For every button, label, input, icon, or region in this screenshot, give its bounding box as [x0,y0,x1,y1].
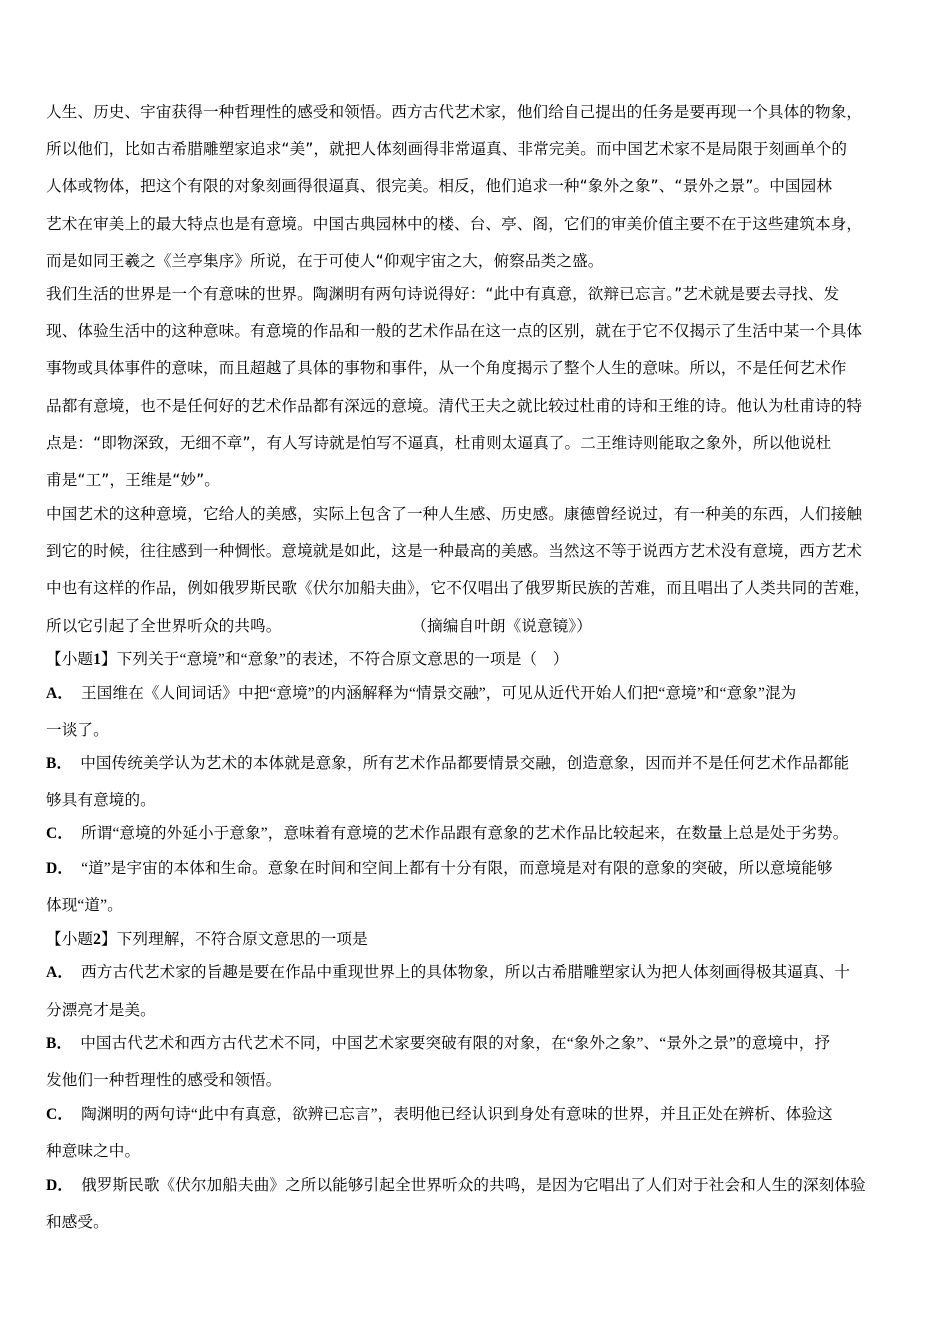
passage-line: 现、体验生活中的这种意味。有意境的作品和一般的艺术作品在这一点的区别，就在于它不… [46,319,862,343]
question-prefix: 【小题 [46,651,93,668]
option-label: B． [46,1035,72,1052]
option-b-continuation: 够具有意境的。 [46,789,156,813]
option-a[interactable]: A．西方古代艺术家的旨趣是要在作品中重现世界上的具体物象，所以古希腊雕塑家认为把… [46,961,850,985]
option-label: D． [46,1177,73,1194]
option-d[interactable]: D．“道”是宇宙的本体和生命。意象在时间和空间上都有十分有限，而意境是对有限的意… [46,857,833,881]
question-stem: 【小题2】下列理解，不符合原文意思的一项是 [46,928,368,952]
option-label: A． [46,964,73,981]
option-a[interactable]: A．王国维在《人间词话》中把“意境”的内涵解释为“情景交融”，可见从近代开始人们… [46,682,796,706]
option-b[interactable]: B．中国传统美学认为艺术的本体就是意象，所有艺术作品都要情景交融，创造意象，因而… [46,752,849,776]
option-label: D． [46,860,73,877]
option-a-continuation: 分漂亮才是美。 [46,999,156,1023]
option-text: 王国维在《人间词话》中把“意境”的内涵解释为“情景交融”，可见从近代开始人们把“… [81,685,796,702]
passage-line: 点是：“即物深致，无细不章”，有人写诗就是怕写不逼真，杜甫则太逼真了。二王维诗则… [46,431,831,455]
option-d-continuation: 体现“道”。 [46,894,123,918]
option-text: “道”是宇宙的本体和生命。意象在时间和空间上都有十分有限，而意境是对有限的意象的… [81,860,833,877]
option-c[interactable]: C．所谓“意境的外延小于意象”，意味着有意境的艺术作品跟有意象的艺术作品比较起来… [46,822,848,846]
passage-line: 中也有这样的作品，例如俄罗斯民歌《伏尔加船夫曲》，它不仅唱出了俄罗斯民族的苦难，… [46,576,870,600]
question-text: 】下列关于“意境”和“意象”的表述，不符合原文意思的一项是（ ） [101,651,569,668]
passage-line: 我们生活的世界是一个有意味的世界。陶渊明有两句诗说得好：“此中有真意，欲辩已忘言… [46,282,839,306]
option-a-continuation: 一谈了。 [46,719,109,743]
option-d-continuation: 和感受。 [46,1211,109,1235]
passage-line-text: 所以它引起了全世界听众的共鸣。 [46,617,281,635]
option-d[interactable]: D．俄罗斯民歌《伏尔加船夫曲》之所以能够引起全世界听众的共鸣，是因为它唱出了人们… [46,1174,866,1198]
passage-line: 艺术在审美上的最大特点也是有意境。中国古典园林中的楼、台、亭、阁，它们的审美价值… [46,212,862,236]
option-c[interactable]: C．陶渊明的两句诗“此中有真意，欲辨已忘言”，表明他已经认识到身处有意味的世界，… [46,1103,833,1127]
passage-line: 所以它引起了全世界听众的共鸣。（摘编自叶朗《说意镜》） [46,614,592,638]
passage-source: （摘编自叶朗《说意镜》） [411,614,592,638]
passage-line: 事物或具体事件的意味，而且超越了具体的事物和事件，从一个角度揭示了整个人生的意味… [46,356,846,380]
question-text: 】下列理解，不符合原文意思的一项是 [101,931,368,948]
option-c-continuation: 种意味之中。 [46,1140,140,1164]
passage-line: 到它的时候，往往感到一种惆怅。意境就是如此，这是一种最高的美感。当然这不等于说西… [46,539,862,563]
option-text: 中国传统美学认为艺术的本体就是意象，所有艺术作品都要情景交融，创造意象，因而并不… [80,755,849,772]
option-text: 所谓“意境的外延小于意象”，意味着有意境的艺术作品跟有意象的艺术作品比较起来，在… [81,825,848,842]
passage-line: 品都有意境，也不是任何好的艺术作品都有深远的意境。清代王夫之就比较过杜甫的诗和王… [46,394,862,418]
option-b-continuation: 发他们一种哲理性的感受和领悟。 [46,1069,281,1093]
question-prefix: 【小题 [46,931,93,948]
option-text: 西方古代艺术家的旨趣是要在作品中重现世界上的具体物象，所以古希腊雕塑家认为把人体… [81,964,850,981]
option-text: 俄罗斯民歌《伏尔加船夫曲》之所以能够引起全世界听众的共鸣，是因为它唱出了人们对于… [81,1177,866,1194]
passage-line: 甫是“工”，王维是“妙”。 [46,468,220,492]
passage-line: 所以他们，比如古希腊雕塑家追求“美”，就把人体刻画得非常逼真、非常完美。而中国艺… [46,137,847,161]
option-label: B． [46,755,72,772]
option-label: A． [46,685,73,702]
passage-line: 而是如同王羲之《兰亭集序》所说，在于可使人“仰观宇宙之大，俯察品类之盛。 [46,249,603,273]
passage-line: 中国艺术的这种意境，它给人的美感，实际上包含了一种人生感、历史感。康德曾经说过，… [46,502,862,526]
option-label: C． [46,1106,73,1123]
option-b[interactable]: B．中国古代艺术和西方古代艺术不同，中国艺术家要突破有限的对象，在“象外之象”、… [46,1032,830,1056]
passage-line: 人生、历史、宇宙获得一种哲理性的感受和领悟。西方古代艺术家，他们给自己提出的任务… [46,100,862,124]
option-text: 中国古代艺术和西方古代艺术不同，中国艺术家要突破有限的对象，在“象外之象”、“景… [80,1035,830,1052]
question-stem: 【小题1】下列关于“意境”和“意象”的表述，不符合原文意思的一项是（ ） [46,648,569,672]
question-number: 2 [93,931,101,948]
option-text: 陶渊明的两句诗“此中有真意，欲辨已忘言”，表明他已经认识到身处有意味的世界，并且… [81,1106,833,1123]
option-label: C． [46,825,73,842]
document-page: 人生、历史、宇宙获得一种哲理性的感受和领悟。西方古代艺术家，他们给自己提出的任务… [0,0,950,1344]
question-number: 1 [93,651,101,668]
passage-line: 人体或物体，把这个有限的对象刻画得很逼真、很完美。相反，他们追求一种“象外之象”… [46,174,832,198]
